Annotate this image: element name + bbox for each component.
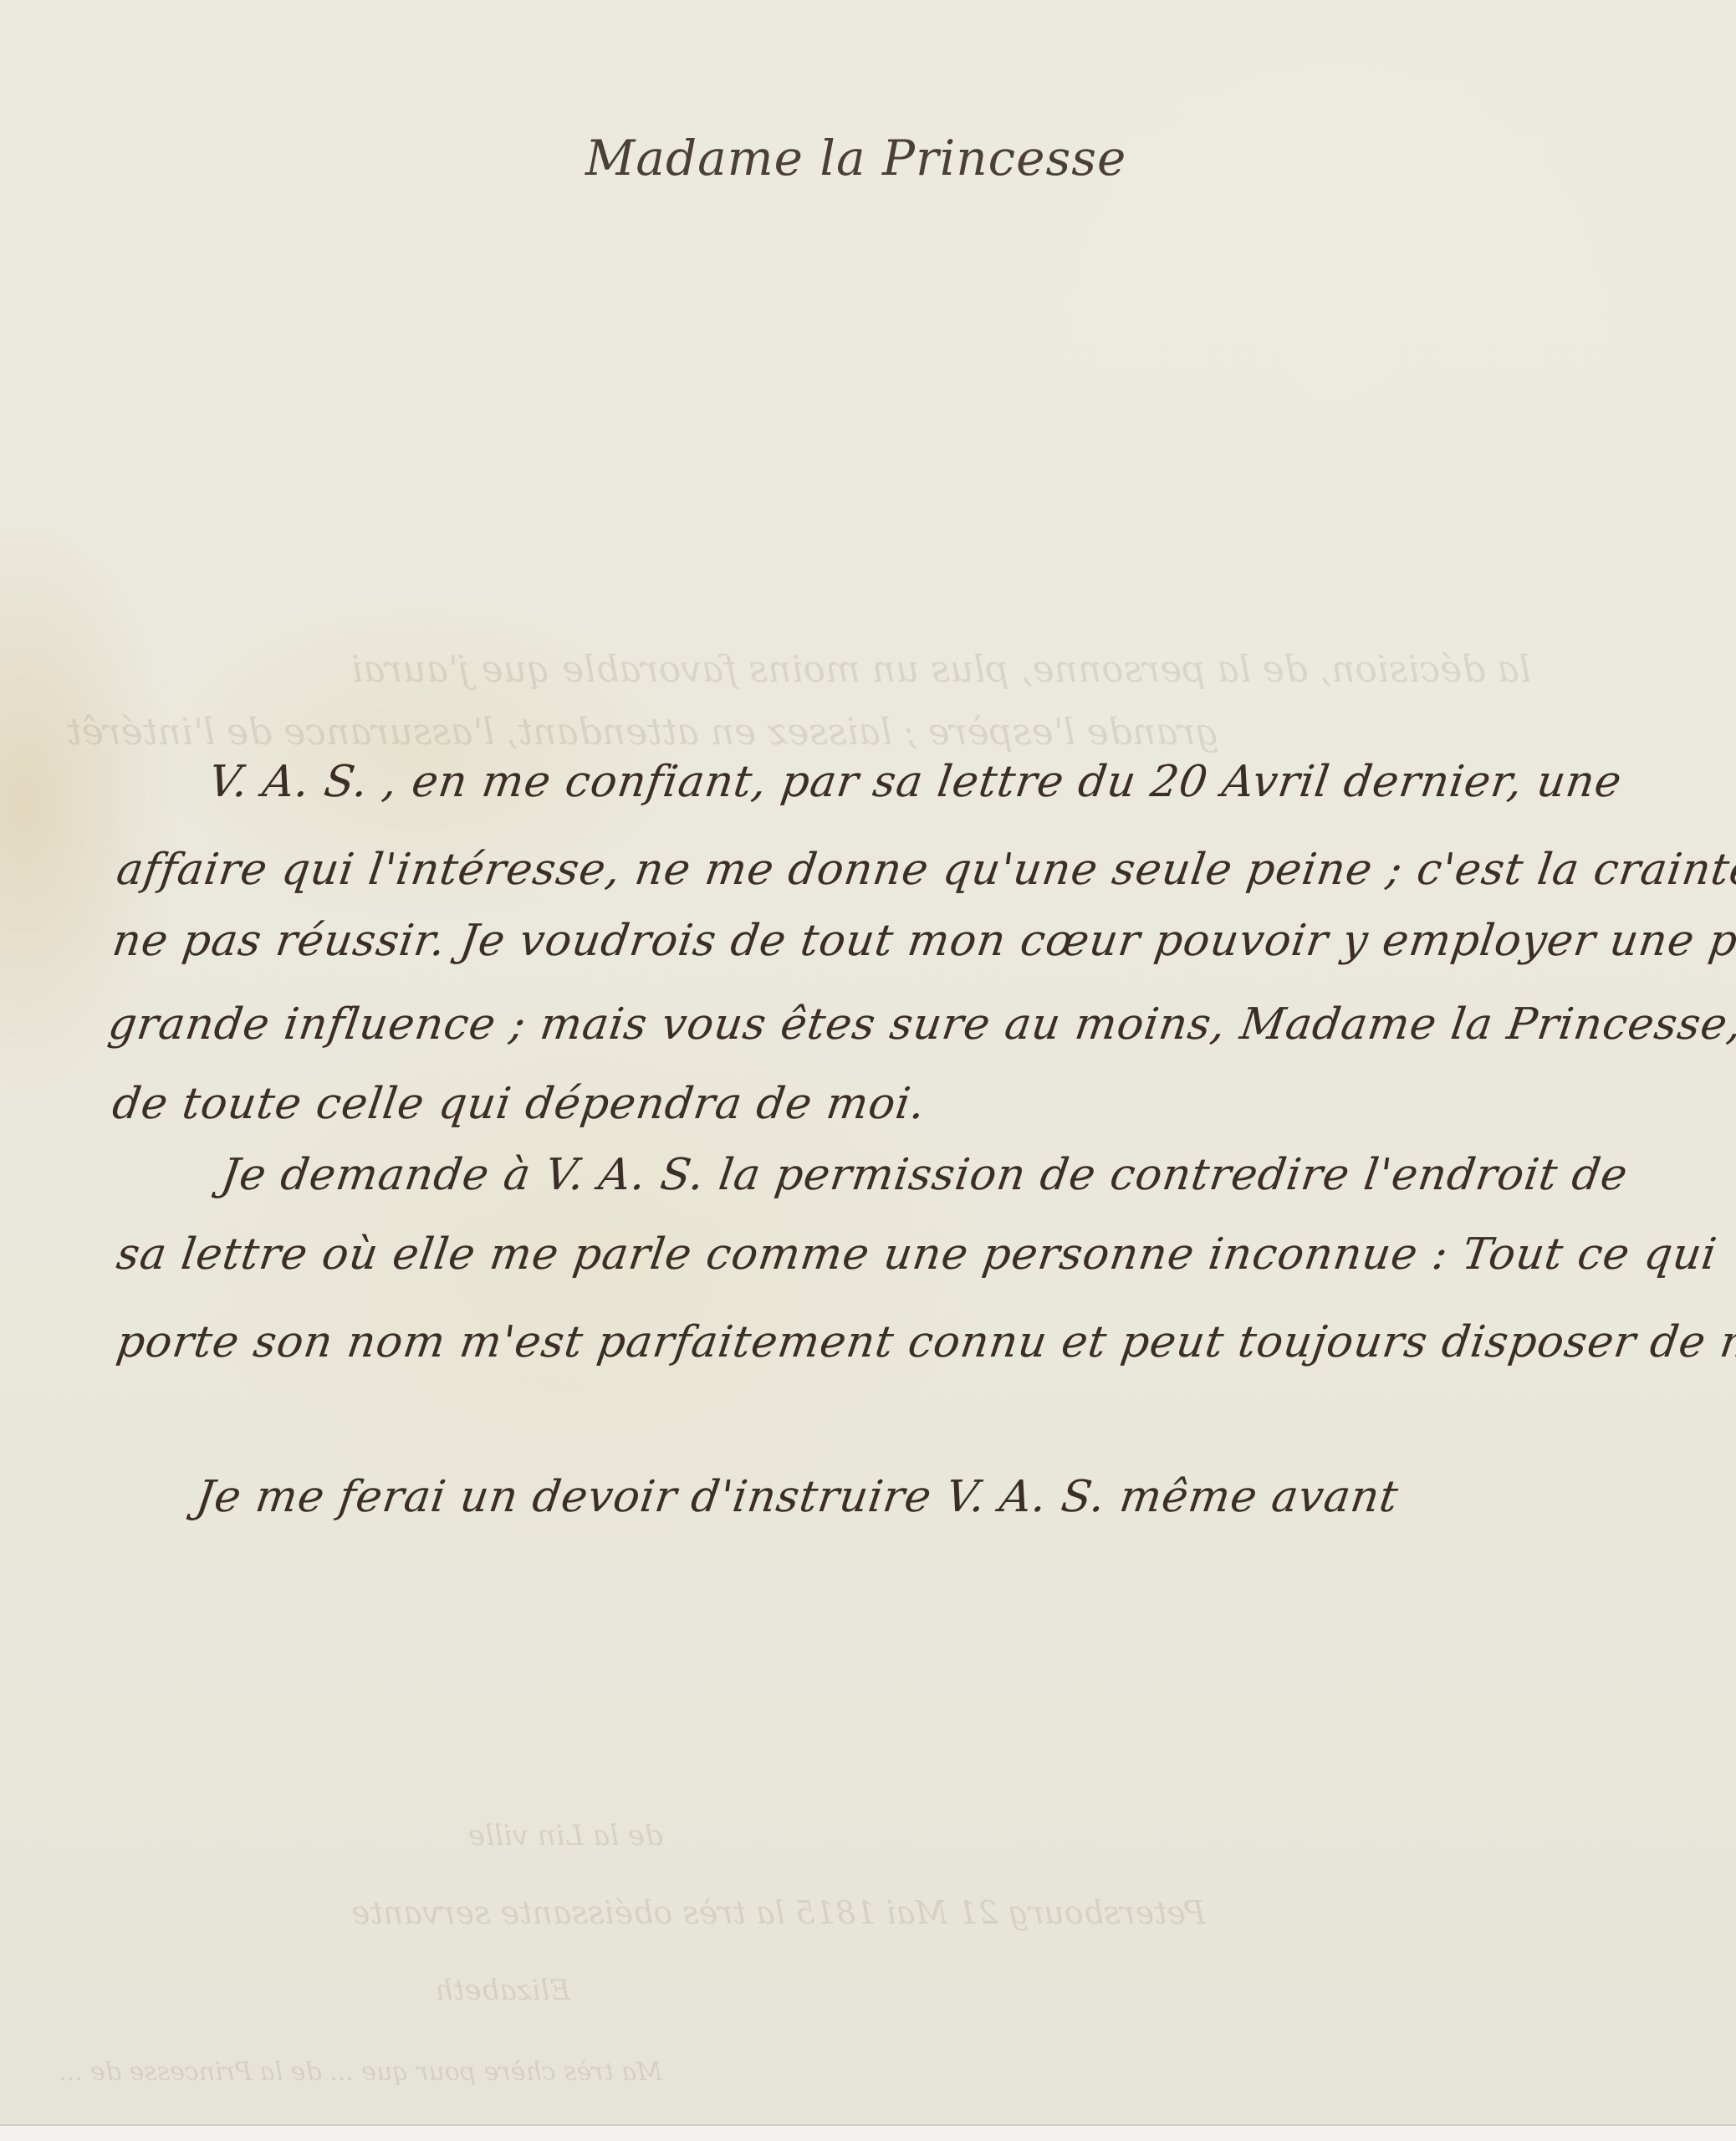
letter-line: Je me ferai un devoir d'instruire V. A. …	[193, 1472, 1402, 1522]
bleed-through-line: de la Lin ville	[468, 1819, 663, 1852]
letter-line: de toute celle qui dépendra de moi.	[110, 1079, 929, 1129]
salutation: Madame la Princesse	[585, 130, 1126, 187]
letter-paper: la décision, de la personne, plus un moi…	[0, 0, 1736, 2126]
letter-line: porte son nom m'est parfaitement connu e…	[114, 1317, 1736, 1367]
bleed-through-line: grande l'espère ; laissez en attendant, …	[67, 711, 1219, 754]
letter-line: Je demande à V. A. S. la permission de c…	[218, 1150, 1631, 1200]
letter-line: V. A. S. , en me confiant, par sa lettre…	[206, 757, 1626, 807]
bleed-through-line: Petersbourg 21 Mai 1815 la très obéissan…	[351, 1894, 1206, 1931]
bleed-through-line: Ma très chère pour que ... de la Princes…	[59, 2057, 662, 2087]
letter-line: grande influence ; mais vous êtes sure a…	[105, 999, 1736, 1050]
bleed-through-line: Elizabeth	[435, 1974, 570, 2007]
bleed-through-line: la décision, de la personne, plus un moi…	[351, 648, 1531, 691]
letter-line: ne pas réussir. Je voudrois de tout mon …	[110, 916, 1736, 966]
letter-line: sa lettre où elle me parle comme une per…	[114, 1229, 1720, 1280]
letter-line: affaire qui l'intéresse, ne me donne qu'…	[114, 845, 1736, 895]
